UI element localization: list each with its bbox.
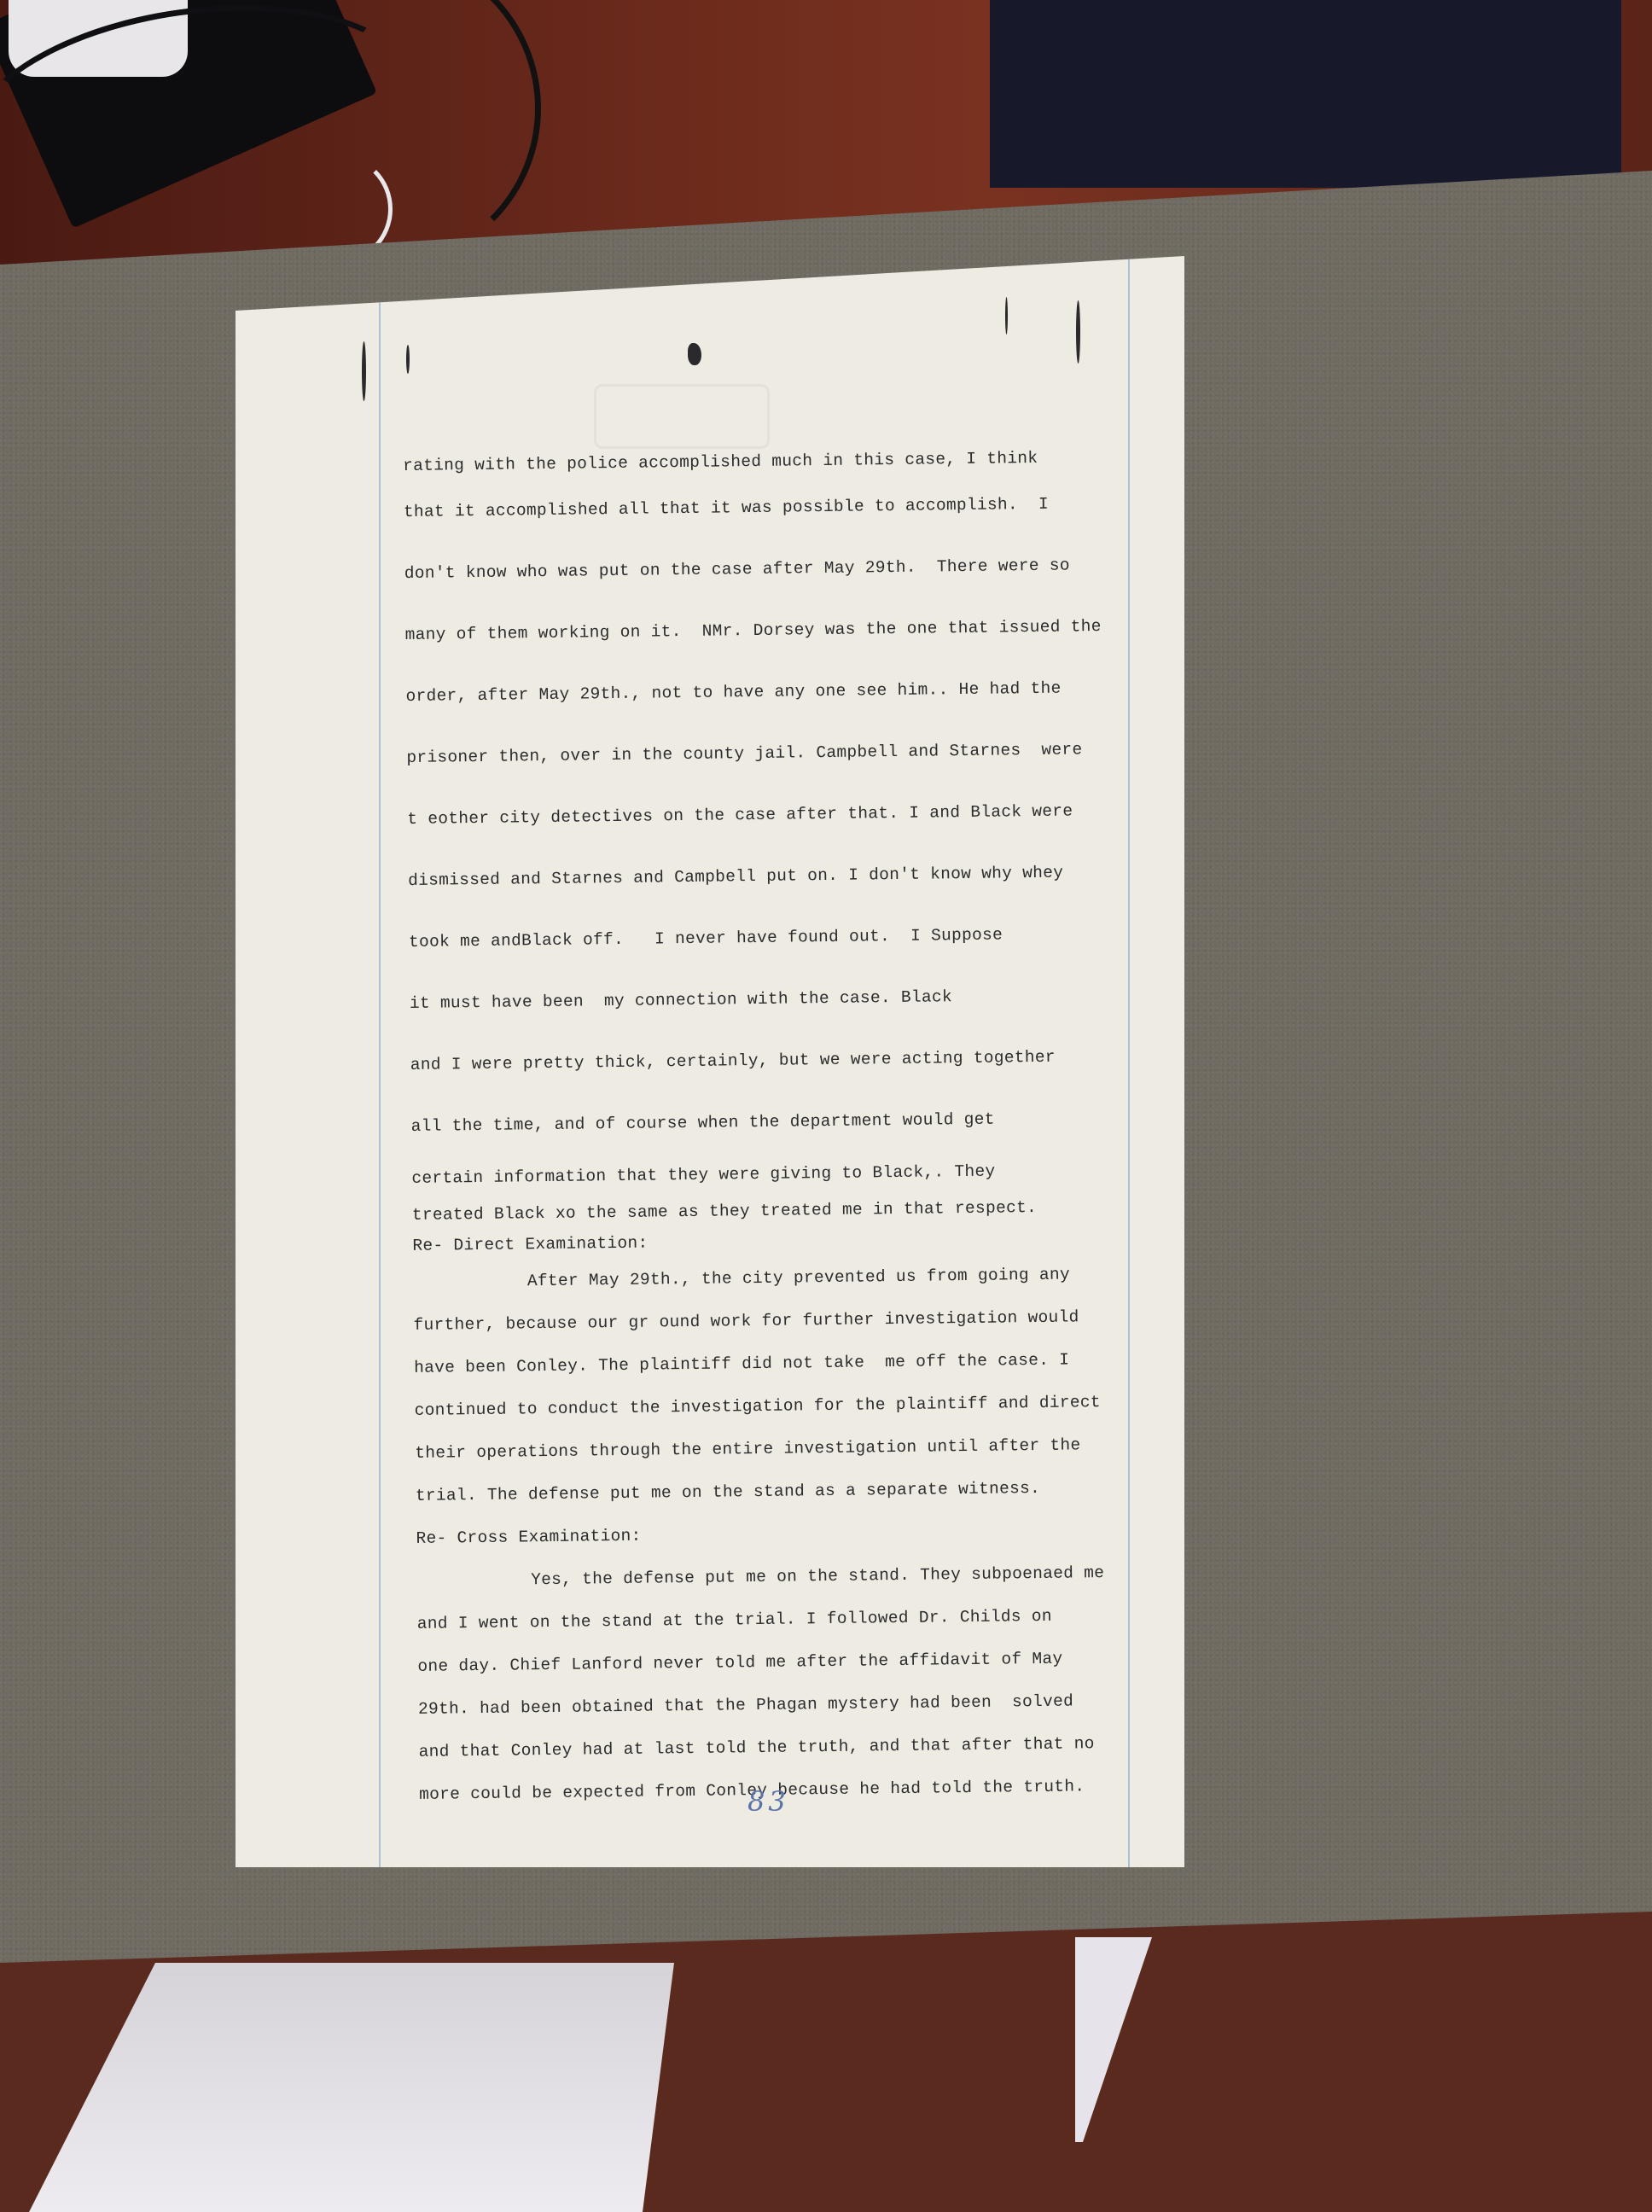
typed-line: took me andBlack off. I never have found… (409, 902, 1143, 973)
staple-hole (362, 341, 366, 401)
typed-line: all the time, and of course when the dep… (410, 1086, 1145, 1157)
light-reflection (1075, 1937, 1152, 2142)
light-reflection (26, 1963, 674, 2212)
bleed-through-stamp (594, 384, 770, 449)
typed-line: and I were pretty thick, certainly, but … (410, 1025, 1144, 1096)
chair-back (990, 0, 1621, 188)
left-margin-rule (379, 256, 381, 1867)
typed-line: many of them working on it. NMr. Dorsey … (404, 595, 1139, 666)
typed-line: it must have been my connection with the… (409, 963, 1143, 1034)
staple-hole (406, 345, 410, 374)
typed-line: trial. The defense put me on the stand a… (416, 1465, 1150, 1517)
staple-hole (1076, 300, 1080, 364)
punch-hole (688, 343, 701, 365)
typed-text-body: rating with the police accomplished much… (403, 441, 1153, 1815)
document-page: rating with the police accomplished much… (236, 256, 1184, 1867)
staple-hole (1005, 297, 1008, 335)
typed-line: don't know who was put on the case after… (404, 533, 1138, 604)
typed-line: that it accomplished all that it was pos… (403, 472, 1137, 543)
typed-line: dismissed and Starnes and Campbell put o… (408, 841, 1143, 911)
typed-line: prisoner then, over in the county jail. … (406, 718, 1141, 789)
page-number: 83 (747, 1785, 789, 1818)
typed-line: t eother city detectives on the case aft… (407, 779, 1142, 850)
typed-line: order, after May 29th., not to have any … (405, 656, 1140, 727)
